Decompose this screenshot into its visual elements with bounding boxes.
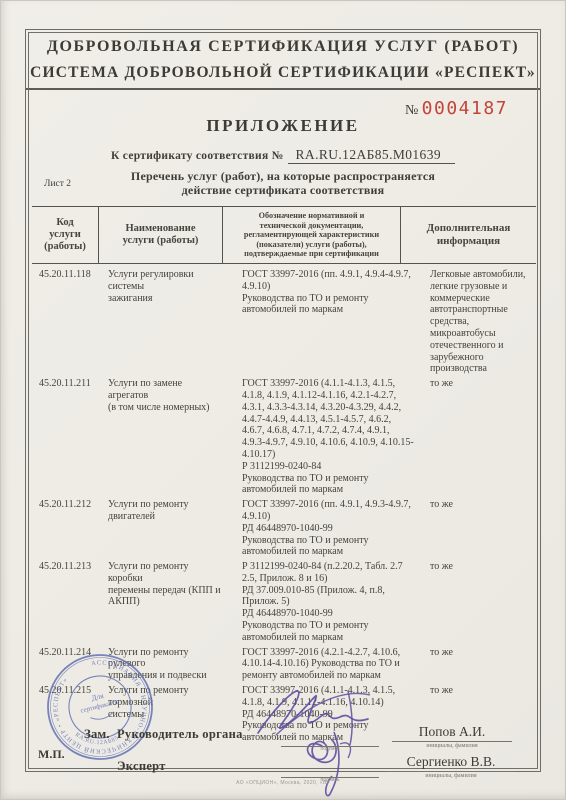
- cell-info: то же: [422, 647, 536, 682]
- certificate-reference: К сертификату соответствия № RA.RU.12АБ8…: [26, 146, 540, 164]
- cell-name: Услуги по ремонту двигателей: [98, 499, 222, 558]
- expert-role-label: Эксперт: [117, 759, 166, 774]
- header-titles: ДОБРОВОЛЬНАЯ СЕРТИФИКАЦИЯ УСЛУГ (РАБОТ) …: [26, 38, 540, 82]
- cell-code: 45.20.11.213: [32, 561, 98, 644]
- expert-signature-line: подпись: [281, 757, 379, 778]
- col-header-docs: Обозначение нормативной и технической до…: [222, 207, 400, 263]
- cell-code: 45.20.11.212: [32, 499, 98, 558]
- expert-name: Сергиенко В.В. инициалы, фамилия: [387, 754, 515, 779]
- expert-name-text: Сергиенко В.В.: [387, 754, 515, 772]
- cell-docs: ГОСТ 33997-2016 (пп. 4.9.1, 4.9.4-4.9.7,…: [222, 269, 422, 375]
- table-row: 45.20.11.212 Услуги по ремонту двигателе…: [32, 499, 536, 558]
- col-header-info: Дополнительная информация: [400, 207, 536, 263]
- system-title-line2: СИСТЕМА ДОБРОВОЛЬНОЙ СЕРТИФИКАЦИИ «РЕСПЕ…: [26, 64, 540, 82]
- table-row: 45.20.11.118 Услуги регулировки системы …: [32, 269, 536, 375]
- cell-name: Услуги по замене агрегатов (в том числе …: [98, 378, 222, 496]
- cell-name: Услуги по ремонту коробки перемены перед…: [98, 561, 222, 644]
- head-signature-line: подпись: [281, 726, 379, 747]
- name-caption: инициалы, фамилия: [392, 743, 512, 749]
- cell-info: то же: [422, 378, 536, 496]
- deputy-prefix: Зам.: [84, 726, 109, 742]
- cell-name: Услуги регулировки системы зажигания: [98, 269, 222, 375]
- header-divider: [26, 88, 540, 90]
- table-row: 45.20.11.211 Услуги по замене агрегатов …: [32, 378, 536, 496]
- head-name-text: Попов А.И.: [392, 724, 512, 742]
- cell-code: 45.20.11.118: [32, 269, 98, 375]
- cell-code: 45.20.11.211: [32, 378, 98, 496]
- col-header-code: Код услуги (работы): [32, 207, 98, 263]
- cell-docs: ГОСТ 33997-2016 (4.1.1-4.1.3, 4.1.5, 4.1…: [222, 378, 422, 496]
- table-header-row: Код услуги (работы) Наименование услуги …: [32, 206, 536, 264]
- head-name: Попов А.И. инициалы, фамилия: [392, 724, 512, 749]
- cell-info: то же: [422, 561, 536, 644]
- cell-docs: ГОСТ 33997-2016 (4.2.1-4.2.7, 4.10.6, 4.…: [222, 647, 422, 682]
- cell-info: то же: [422, 499, 536, 558]
- name-caption: инициалы, фамилия: [387, 773, 515, 779]
- stamp-place-label: М.П.: [38, 747, 65, 762]
- sign-caption: подпись: [281, 746, 379, 752]
- cell-info: Легковые автомобили, легкие грузовые и к…: [422, 269, 536, 375]
- certificate-label: К сертификату соответствия №: [111, 150, 284, 162]
- certificate-number: RA.RU.12АБ85.М01639: [288, 147, 456, 164]
- document-sheet: ДОБРОВОЛЬНАЯ СЕРТИФИКАЦИЯ УСЛУГ (РАБОТ) …: [0, 0, 566, 800]
- cell-docs: Р 3112199-0240-84 (п.2.20.2, Табл. 2.7 2…: [222, 561, 422, 644]
- cell-docs: ГОСТ 33997-2016 (пп. 4.9.1, 4.9.3-4.9.7,…: [222, 499, 422, 558]
- stamp-center-line1: Для: [90, 691, 105, 703]
- head-role-label: Руководитель органа: [117, 727, 243, 742]
- col-header-name: Наименование услуги (работы): [98, 207, 222, 263]
- print-house-note: АО «ОПЦИОН», Москва, 2020, «В»: [0, 780, 566, 786]
- table-subtitle: Перечень услуг (работ), на которые распр…: [26, 169, 540, 197]
- table-row: 45.20.11.213 Услуги по ремонту коробки п…: [32, 561, 536, 644]
- system-title-line1: ДОБРОВОЛЬНАЯ СЕРТИФИКАЦИЯ УСЛУГ (РАБОТ): [26, 38, 540, 56]
- page-title: ПРИЛОЖЕНИЕ: [26, 116, 540, 136]
